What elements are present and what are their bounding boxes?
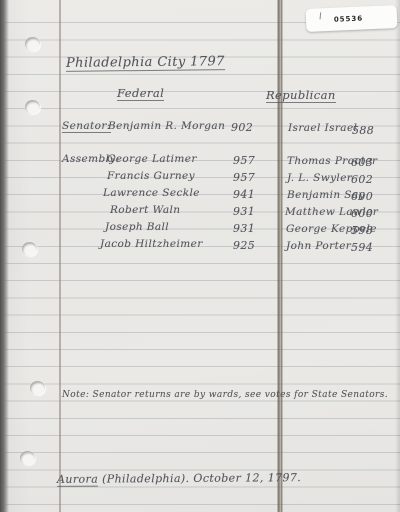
scanned-ledger-page: 05536 Philadelphia City 1797 Federal Rep…	[0, 0, 400, 512]
republican-candidate: John Porter	[286, 240, 351, 252]
federal-candidate: Joseph Ball	[105, 221, 169, 233]
federal-votes: 931	[233, 222, 255, 235]
republican-candidate: Israel Israel	[288, 122, 357, 134]
source-citation: Aurora (Philadelphia). October 12, 1797.	[57, 471, 301, 486]
scan-edge-shadow	[0, 0, 9, 512]
page-fold-crease	[277, 0, 283, 512]
office-label-text: Senator:	[62, 120, 111, 133]
republican-votes: 600	[351, 190, 373, 203]
federal-votes: 941	[233, 188, 255, 201]
federal-candidate: Lawrence Seckle	[103, 187, 200, 199]
federal-candidate: Robert Waln	[110, 204, 180, 216]
margin-line	[59, 0, 61, 512]
federal-candidate: Benjamin R. Morgan	[108, 120, 225, 132]
label-tick-mark	[320, 12, 322, 19]
catalog-label: 05536	[306, 5, 398, 32]
source-details: (Philadelphia). October 12, 1797.	[102, 471, 301, 485]
footnote: Note: Senator returns are by wards, see …	[62, 390, 388, 400]
federal-votes: 925	[233, 239, 255, 252]
punch-hole	[22, 242, 37, 256]
federal-votes: 957	[233, 171, 255, 184]
federal-votes: 957	[233, 154, 255, 167]
source-publication: Aurora	[57, 473, 98, 487]
punch-hole	[25, 37, 40, 51]
office-label: Senator:	[62, 120, 111, 132]
republican-votes: 602	[351, 173, 373, 186]
republican-votes: 598	[351, 224, 373, 237]
catalog-number: 05536	[334, 14, 364, 23]
republican-candidate: J. L. Swyler	[287, 172, 352, 184]
punch-hole	[20, 451, 35, 465]
federal-candidate: Francis Gurney	[107, 170, 195, 182]
right-edge-shadow	[395, 0, 400, 512]
republican-votes: 594	[351, 241, 373, 254]
federal-votes: 902	[231, 121, 253, 134]
federal-candidate: George Latimer	[107, 153, 197, 165]
punch-hole	[25, 100, 40, 114]
page-title: Philadelphia City 1797	[66, 54, 225, 72]
column-header-republican: Republican	[266, 88, 336, 103]
republican-votes: 603	[351, 156, 373, 169]
column-header-federal: Federal	[117, 86, 164, 101]
republican-votes: 600	[351, 207, 373, 220]
punch-hole	[30, 381, 45, 395]
federal-candidate: Jacob Hiltzheimer	[100, 238, 203, 250]
republican-votes: 588	[352, 124, 374, 137]
federal-votes: 931	[233, 205, 255, 218]
